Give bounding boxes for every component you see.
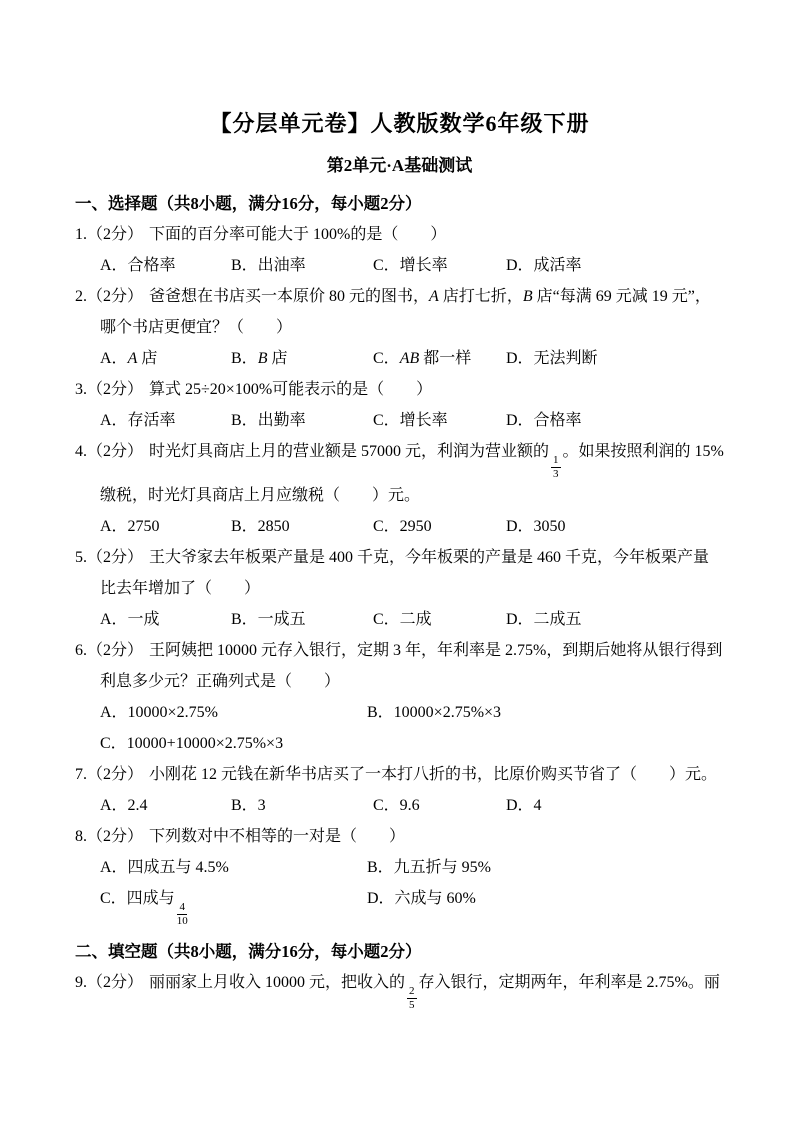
question-8-text: 下列数对中不相等的一对是（ ）: [149, 828, 405, 845]
question-2-line-1: 2.（2分）爸爸想在书店买一本原价 80 元的图书，A 店打七折，B 店“每满 …: [75, 281, 724, 312]
question-6: 6.（2分）王阿姨把 10000 元存入银行，定期 3 年，年利率是 2.75%…: [75, 635, 724, 759]
question-5-text: 王大爷家去年板栗产量是 400 千克，今年板栗的产量是 460 千克，今年板栗产…: [149, 549, 709, 566]
question-8-option-d: D．六成与 60%: [367, 883, 724, 927]
inline-fraction: 13: [551, 455, 561, 480]
question-1-options: A．合格率 B．出油率 C．增长率 D．成活率: [100, 250, 724, 281]
question-7-number: 7.（2分）: [75, 766, 143, 783]
question-6-line-2: 利息多少元？正确列式是（ ）: [100, 666, 724, 697]
question-5-number: 5.（2分）: [75, 549, 143, 566]
test-paper-page: 【分层单元卷】人教版数学6年级下册 第2单元·A基础测试 一、选择题（共8小题，…: [0, 0, 794, 1123]
question-3-text: 算式 25÷20×100%可能表示的是（ ）: [149, 381, 432, 398]
question-2-option-a: A．A 店: [100, 343, 231, 374]
question-6-line-1: 6.（2分）王阿姨把 10000 元存入银行，定期 3 年，年利率是 2.75%…: [75, 635, 724, 666]
question-2-line-2: 哪个书店更便宜？（ ）: [100, 312, 724, 343]
question-7-options: A．2.4 B．3 C．9.6 D．4: [100, 790, 724, 821]
question-1-number: 1.（2分）: [75, 226, 143, 243]
question-2-option-c: C．AB 都一样: [373, 343, 506, 374]
question-1-text: 下面的百分率可能大于 100%的是（ ）: [149, 226, 446, 243]
question-2-option-b: B．B 店: [231, 343, 373, 374]
question-5: 5.（2分）王大爷家去年板栗产量是 400 千克，今年板栗的产量是 460 千克…: [75, 542, 724, 635]
question-3-options: A．存活率 B．出勤率 C．增长率 D．合格率: [100, 405, 724, 436]
question-4: 4.（2分）时光灯具商店上月的营业额是 57000 元，利润为营业额的13。如果…: [75, 436, 724, 542]
question-8-options-row-2: C．四成与410 D．六成与 60%: [100, 883, 724, 927]
question-6-number: 6.（2分）: [75, 642, 143, 659]
question-6-option-b: B．10000×2.75%×3: [367, 697, 724, 728]
question-1-line-1: 1.（2分）下面的百分率可能大于 100%的是（ ）: [75, 219, 724, 250]
question-2-text: 爸爸想在书店买一本原价 80 元的图书，A 店打七折，B 店“每满 69 元减 …: [149, 288, 711, 305]
question-1-option-d: D．成活率: [506, 250, 724, 281]
question-6-option-a: A．10000×2.75%: [100, 697, 367, 728]
question-5-option-c: C．二成: [373, 604, 506, 635]
question-4-option-c: C．2950: [373, 511, 506, 542]
section-heading-fill-in-blank: 二、填空题（共8小题，满分16分，每小题2分）: [75, 936, 724, 967]
question-3-option-d: D．合格率: [506, 405, 724, 436]
inline-fraction: 25: [407, 986, 417, 1011]
question-4-line-1: 4.（2分）时光灯具商店上月的营业额是 57000 元，利润为营业额的13。如果…: [75, 436, 724, 480]
question-3-number: 3.（2分）: [75, 381, 143, 398]
question-8-options-row-1: A．四成五与 4.5% B．九五折与 95%: [100, 852, 724, 883]
question-7-option-a: A．2.4: [100, 790, 231, 821]
question-2: 2.（2分）爸爸想在书店买一本原价 80 元的图书，A 店打七折，B 店“每满 …: [75, 281, 724, 374]
question-4-option-b: B．2850: [231, 511, 373, 542]
inline-fraction: 410: [177, 902, 188, 927]
question-6-options-row-1: A．10000×2.75% B．10000×2.75%×3: [100, 697, 724, 728]
question-8-line-1: 8.（2分）下列数对中不相等的一对是（ ）: [75, 821, 724, 852]
question-1-option-a: A．合格率: [100, 250, 231, 281]
question-2-option-d: D．无法判断: [506, 343, 724, 374]
question-8-option-b: B．九五折与 95%: [367, 852, 724, 883]
question-4-options: A．2750 B．2850 C．2950 D．3050: [100, 511, 724, 542]
question-4-line-2: 缴税，时光灯具商店上月应缴税（ ）元。: [100, 480, 724, 511]
question-4-option-a: A．2750: [100, 511, 231, 542]
document-title: 【分层单元卷】人教版数学6年级下册: [75, 108, 724, 140]
question-3-option-a: A．存活率: [100, 405, 231, 436]
section-heading-multiple-choice: 一、选择题（共8小题，满分16分，每小题2分）: [75, 188, 724, 219]
question-6-options-row-2: C．10000+10000×2.75%×3: [100, 728, 724, 759]
question-3-option-c: C．增长率: [373, 405, 506, 436]
question-6-option-c: C．10000+10000×2.75%×3: [100, 728, 724, 759]
document-subtitle: 第2单元·A基础测试: [75, 153, 724, 179]
question-8-option-c: C．四成与410: [100, 883, 367, 927]
question-5-option-a: A．一成: [100, 604, 231, 635]
question-8-option-a: A．四成五与 4.5%: [100, 852, 367, 883]
question-9-text: 丽丽家上月收入 10000 元，把收入的25存入银行，定期两年，年利率是 2.7…: [149, 974, 720, 991]
question-5-options: A．一成 B．一成五 C．二成 D．二成五: [100, 604, 724, 635]
question-7-option-d: D．4: [506, 790, 724, 821]
question-1-option-b: B．出油率: [231, 250, 373, 281]
question-7-line-1: 7.（2分）小刚花 12 元钱在新华书店买了一本打八折的书，比原价购买节省了（ …: [75, 759, 724, 790]
question-3: 3.（2分）算式 25÷20×100%可能表示的是（ ） A．存活率 B．出勤率…: [75, 374, 724, 436]
question-9-number: 9.（2分）: [75, 974, 143, 991]
question-5-option-b: B．一成五: [231, 604, 373, 635]
question-4-text: 时光灯具商店上月的营业额是 57000 元，利润为营业额的13。如果按照利润的 …: [149, 443, 724, 460]
question-5-line-2: 比去年增加了（ ）: [100, 573, 724, 604]
question-4-option-d: D．3050: [506, 511, 724, 542]
question-7-option-b: B．3: [231, 790, 373, 821]
question-1-option-c: C．增长率: [373, 250, 506, 281]
question-5-option-d: D．二成五: [506, 604, 724, 635]
question-7: 7.（2分）小刚花 12 元钱在新华书店买了一本打八折的书，比原价购买节省了（ …: [75, 759, 724, 821]
question-6-text: 王阿姨把 10000 元存入银行，定期 3 年，年利率是 2.75%，到期后她将…: [149, 642, 722, 659]
question-8-number: 8.（2分）: [75, 828, 143, 845]
question-2-number: 2.（2分）: [75, 288, 143, 305]
question-7-text: 小刚花 12 元钱在新华书店买了一本打八折的书，比原价购买节省了（ ）元。: [149, 766, 717, 783]
question-3-option-b: B．出勤率: [231, 405, 373, 436]
question-5-line-1: 5.（2分）王大爷家去年板栗产量是 400 千克，今年板栗的产量是 460 千克…: [75, 542, 724, 573]
question-9: 9.（2分）丽丽家上月收入 10000 元，把收入的25存入银行，定期两年，年利…: [75, 967, 724, 1011]
question-8: 8.（2分）下列数对中不相等的一对是（ ） A．四成五与 4.5% B．九五折与…: [75, 821, 724, 927]
question-9-line-1: 9.（2分）丽丽家上月收入 10000 元，把收入的25存入银行，定期两年，年利…: [75, 967, 724, 1011]
question-1: 1.（2分）下面的百分率可能大于 100%的是（ ） A．合格率 B．出油率 C…: [75, 219, 724, 281]
question-4-number: 4.（2分）: [75, 443, 143, 460]
question-2-options: A．A 店 B．B 店 C．AB 都一样 D．无法判断: [100, 343, 724, 374]
question-7-option-c: C．9.6: [373, 790, 506, 821]
question-3-line-1: 3.（2分）算式 25÷20×100%可能表示的是（ ）: [75, 374, 724, 405]
